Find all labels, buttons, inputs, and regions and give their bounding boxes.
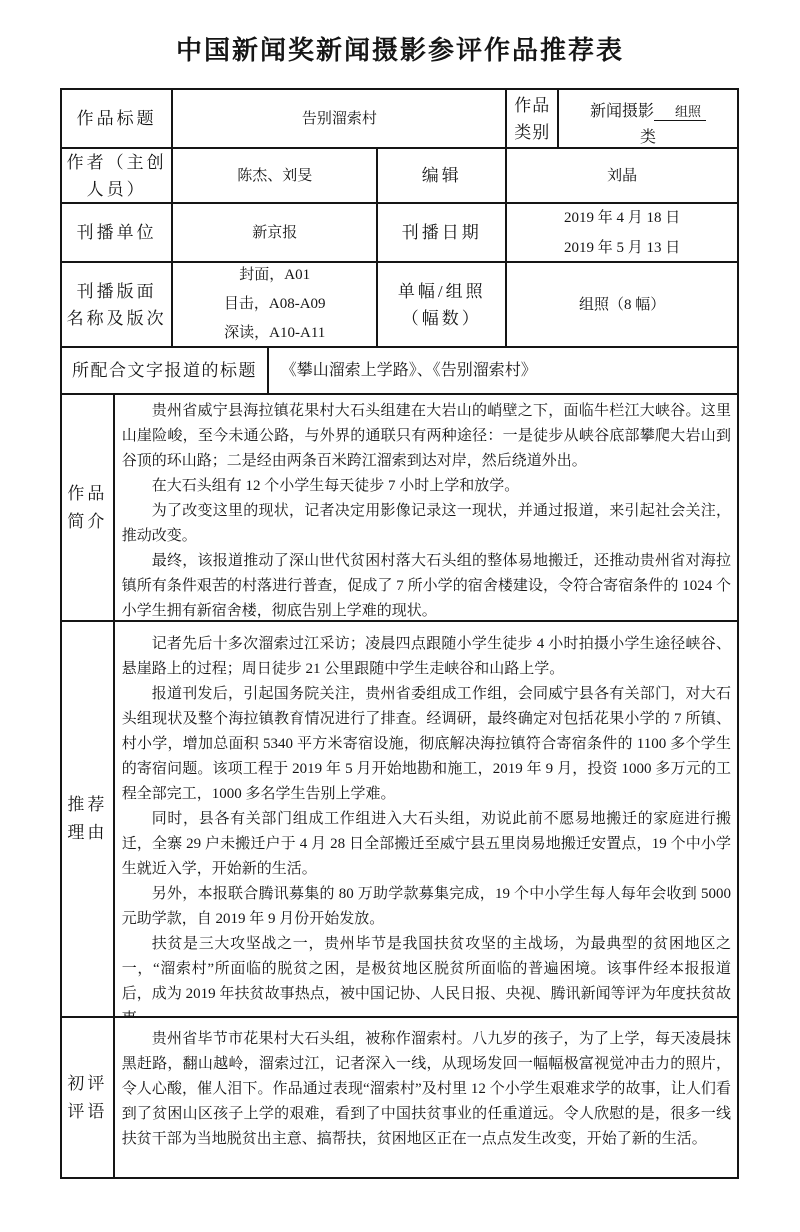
recommendation-text: 记者先后十多次溜索过江采访；凌晨四点跟随小学生徒步 4 小时拍摄小学生途径峡谷、…: [115, 622, 737, 1018]
review-label: 初评 评语: [62, 1018, 115, 1177]
paragraph: 另外，本报联合腾讯募集的 80 万助学款募集完成，19 个中小学生每人每年会收到…: [122, 882, 731, 932]
row-review: 初评 评语 贵州省毕节市花果村大石头组，被称作溜索村。八九岁的孩子，为了上学，每…: [62, 1018, 737, 1177]
publish-date-label: 刊播日期: [378, 204, 507, 263]
publish-pages-value: 封面，A01 目击，A08-A09 深读，A10-A11: [173, 263, 378, 348]
row-pages-count: 刊播版面 名称及版次 封面，A01 目击，A08-A09 深读，A10-A11 …: [62, 263, 737, 348]
photo-count-value: 组照（8 幅）: [507, 263, 737, 348]
author-value: 陈杰、刘旻: [173, 149, 378, 204]
row-related-reports: 所配合文字报道的标题 《攀山溜索上学路》、《告别溜索村》: [62, 348, 737, 395]
editor-value: 刘晶: [507, 149, 737, 204]
document-page: 中国新闻奖新闻摄影参评作品推荐表 作品标题 告别溜索村 作品 类别 新闻摄影组照…: [0, 0, 800, 1232]
recommendation-form-table: 作品标题 告别溜索村 作品 类别 新闻摄影组照 类 作者（主创 人员） 陈杰、刘…: [60, 88, 739, 1179]
row-intro: 作品 简介 贵州省威宁县海拉镇花果村大石头组建在大岩山的峭壁之下，面临牛栏江大峡…: [62, 395, 737, 622]
paragraph: 贵州省威宁县海拉镇花果村大石头组建在大岩山的峭壁之下，面临牛栏江大峡谷。这里山崖…: [122, 399, 731, 474]
row-publish-org-date: 刊播单位 新京报 刊播日期 2019 年 4 月 18 日 2019 年 5 月…: [62, 204, 737, 263]
document-title: 中国新闻奖新闻摄影参评作品推荐表: [0, 0, 800, 66]
paragraph: 扶贫是三大攻坚战之一，贵州毕节是我国扶贫攻坚的主战场，为最典型的贫困地区之一，“…: [122, 932, 731, 1018]
category-underlined-value: 组照: [654, 104, 706, 121]
work-title-value: 告别溜索村: [173, 90, 507, 149]
recommendation-label: 推荐 理由: [62, 622, 115, 1018]
paragraph: 在大石头组有 12 个小学生每天徒步 7 小时上学和放学。: [122, 474, 731, 499]
publish-org-label: 刊播单位: [62, 204, 173, 263]
author-label: 作者（主创 人员）: [62, 149, 173, 204]
review-text: 贵州省毕节市花果村大石头组，被称作溜索村。八九岁的孩子，为了上学，每天凌晨抹黑赶…: [115, 1018, 737, 1177]
publish-org-value: 新京报: [173, 204, 378, 263]
paragraph: 贵州省毕节市花果村大石头组，被称作溜索村。八九岁的孩子，为了上学，每天凌晨抹黑赶…: [122, 1027, 731, 1152]
publish-pages-label: 刊播版面 名称及版次: [62, 263, 173, 348]
editor-label: 编辑: [378, 149, 507, 204]
paragraph: 记者先后十多次溜索过江采访；凌晨四点跟随小学生徒步 4 小时拍摄小学生途径峡谷、…: [122, 632, 731, 682]
intro-text: 贵州省威宁县海拉镇花果村大石头组建在大岩山的峭壁之下，面临牛栏江大峡谷。这里山崖…: [115, 395, 737, 622]
row-author-editor: 作者（主创 人员） 陈杰、刘旻 编辑 刘晶: [62, 149, 737, 204]
category-line2: 类: [559, 125, 737, 149]
row-recommendation: 推荐 理由 记者先后十多次溜索过江采访；凌晨四点跟随小学生徒步 4 小时拍摄小学…: [62, 622, 737, 1018]
row-work-title: 作品标题 告别溜索村 作品 类别 新闻摄影组照 类: [62, 90, 737, 149]
paragraph: 为了改变这里的现状，记者决定用影像记录这一现状，并通过报道，来引起社会关注，推动…: [122, 499, 731, 549]
intro-label: 作品 简介: [62, 395, 115, 622]
photo-count-label: 单幅/组照 （幅数）: [378, 263, 507, 348]
paragraph: 最终，该报道推动了深山世代贫困村落大石头组的整体易地搬迁，还推动贵州省对海拉镇所…: [122, 549, 731, 622]
paragraph: 同时，县各有关部门组成工作组进入大石头组，劝说此前不愿易地搬迁的家庭进行搬迁，全…: [122, 807, 731, 882]
category-line1: 新闻摄影组照: [559, 99, 737, 125]
publish-date-value: 2019 年 4 月 18 日 2019 年 5 月 13 日: [507, 204, 737, 263]
paragraph: 报道刊发后，引起国务院关注，贵州省委组成工作组，会同威宁县各有关部门，对大石头组…: [122, 682, 731, 807]
related-reports-value: 《攀山溜索上学路》、《告别溜索村》: [269, 348, 737, 395]
category-prefix: 新闻摄影: [590, 103, 654, 120]
category-value: 新闻摄影组照 类: [559, 90, 737, 149]
category-label: 作品 类别: [507, 90, 559, 149]
related-reports-label: 所配合文字报道的标题: [62, 348, 269, 395]
work-title-label: 作品标题: [62, 90, 173, 149]
